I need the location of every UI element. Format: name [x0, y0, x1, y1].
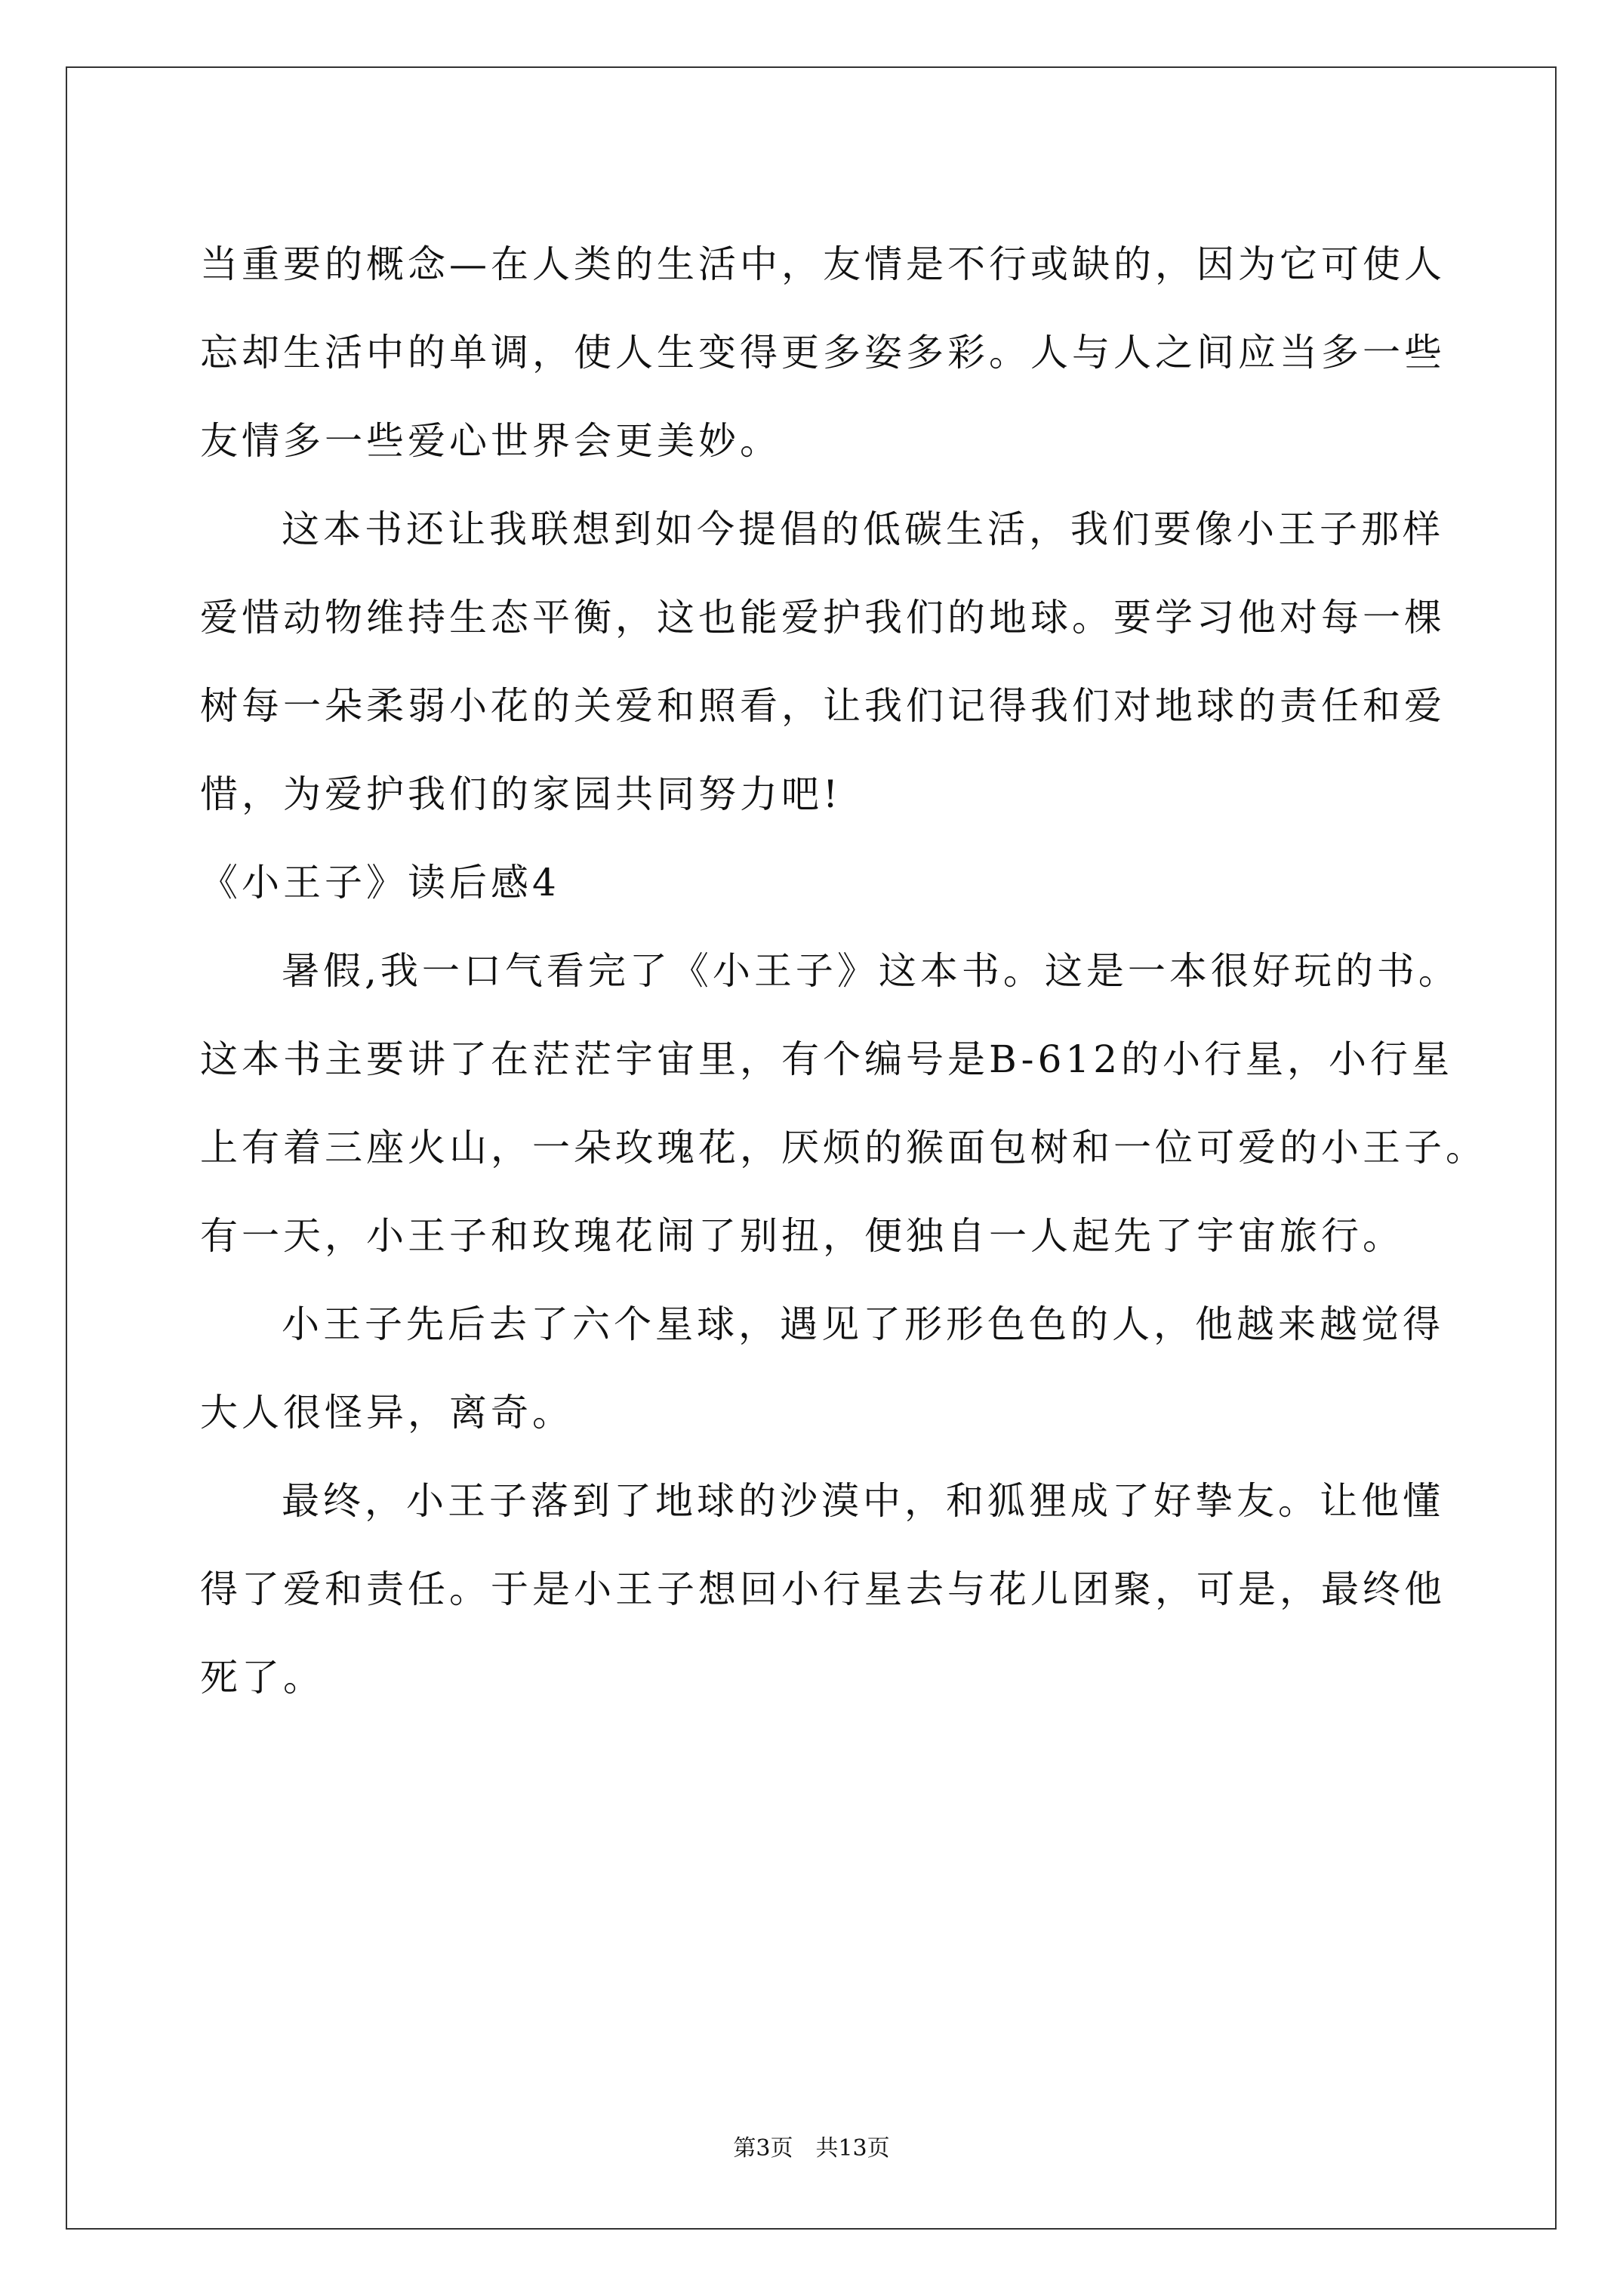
- paragraph-start: 小王子先后去了六个星球，遇见了形形色色的人，他越来越觉得: [200, 1281, 1438, 1369]
- text-line: 大人很怪异，离奇。: [200, 1369, 1438, 1457]
- text-line: 当重要的概念—在人类的生活中，友情是不行或缺的，因为它可使人: [200, 220, 1438, 309]
- text-line: 上有着三座火山，一朵玫瑰花，厌烦的猴面包树和一位可爱的小王子。: [200, 1104, 1438, 1192]
- paragraph-start: 最终，小王子落到了地球的沙漠中，和狐狸成了好挚友。让他懂: [200, 1457, 1438, 1546]
- document-body: 当重要的概念—在人类的生活中，友情是不行或缺的，因为它可使人 忘却生活中的单调，…: [200, 220, 1438, 1722]
- text-line: 得了爱和责任。于是小王子想回小行星去与花儿团聚，可是，最终他: [200, 1546, 1438, 1634]
- text-line: 有一天，小王子和玫瑰花闹了别扭，便独自一人起先了宇宙旅行。: [200, 1192, 1438, 1281]
- text-line: 死了。: [200, 1634, 1438, 1722]
- paragraph-start: 这本书还让我联想到如今提倡的低碳生活，我们要像小王子那样: [200, 485, 1438, 574]
- text-line: 忘却生活中的单调，使人生变得更多姿多彩。人与人之间应当多一些: [200, 309, 1438, 397]
- page-number-footer: 第3页 共13页: [0, 2129, 1623, 2162]
- paragraph-start: 暑假,我一口气看完了《小王子》这本书。这是一本很好玩的书。: [200, 927, 1438, 1015]
- text-line: 惜，为爱护我们的家园共同努力吧!: [200, 750, 1438, 839]
- text-line: 这本书主要讲了在茫茫宇宙里，有个编号是B-612的小行星，小行星: [200, 1015, 1438, 1104]
- text-line: 树每一朵柔弱小花的关爱和照看，让我们记得我们对地球的责任和爱: [200, 662, 1438, 750]
- section-heading: 《小王子》读后感4: [200, 839, 1438, 927]
- text-line: 友情多一些爱心世界会更美妙。: [200, 397, 1438, 485]
- text-line: 爱惜动物维持生态平衡，这也能爱护我们的地球。要学习他对每一棵: [200, 574, 1438, 662]
